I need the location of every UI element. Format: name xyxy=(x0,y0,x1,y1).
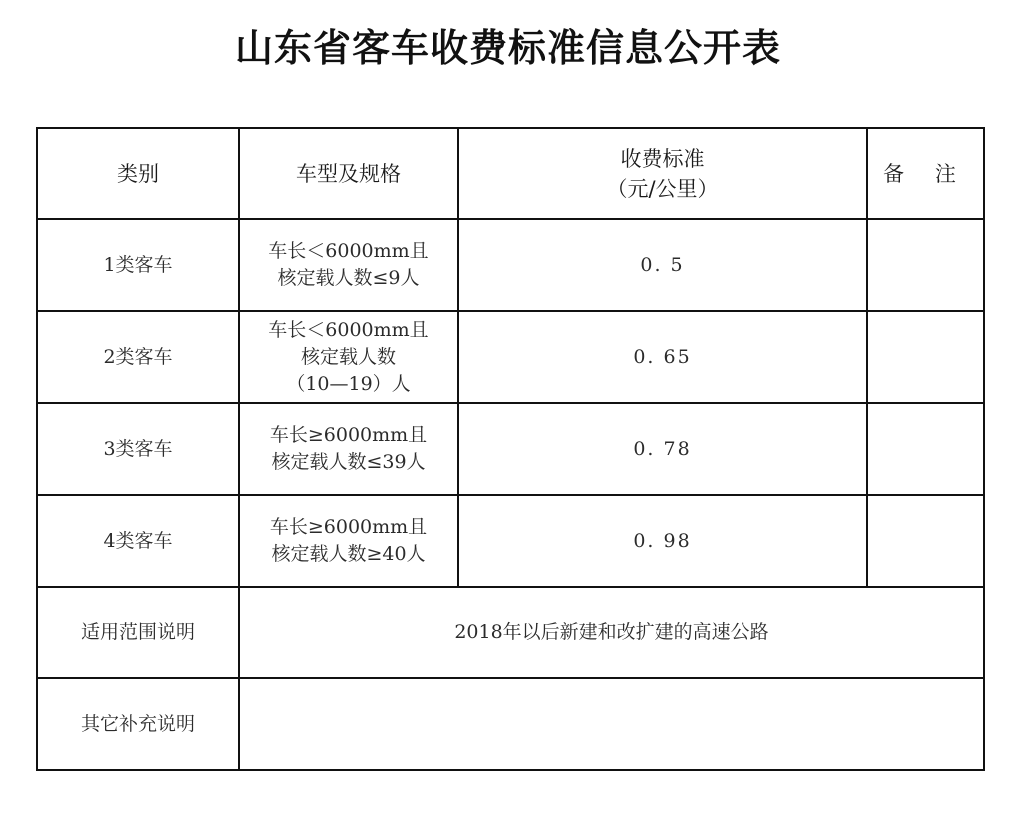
spec-line: 核定载人数≤39人 xyxy=(240,449,457,476)
table-row: 2类客车 车长＜6000mm且 核定载人数 （10—19）人 0. 65 xyxy=(37,311,984,403)
scope-row: 适用范围说明 2018年以后新建和改扩建的高速公路 xyxy=(37,587,984,678)
category-cell: 4类客车 xyxy=(37,495,239,587)
scope-value: 2018年以后新建和改扩建的高速公路 xyxy=(239,587,984,678)
category-cell: 3类客车 xyxy=(37,403,239,495)
fee-standard-table: 类别 车型及规格 收费标准 （元/公里） 备 注 1类客车 车长＜6000mm且… xyxy=(36,127,985,771)
note-cell xyxy=(867,219,984,311)
spec-line: （10—19）人 xyxy=(240,371,457,398)
header-fee: 收费标准 （元/公里） xyxy=(458,128,867,219)
header-note: 备 注 xyxy=(867,128,984,219)
category-cell: 1类客车 xyxy=(37,219,239,311)
scope-label: 适用范围说明 xyxy=(37,587,239,678)
other-notes-value xyxy=(239,678,984,770)
table-row: 1类客车 车长＜6000mm且 核定载人数≤9人 0. 5 xyxy=(37,219,984,311)
header-fee-unit: （元/公里） xyxy=(459,174,866,204)
table-header-row: 类别 车型及规格 收费标准 （元/公里） 备 注 xyxy=(37,128,984,219)
spec-line: 车长≥6000mm且 xyxy=(240,422,457,449)
header-spec: 车型及规格 xyxy=(239,128,458,219)
spec-cell: 车长＜6000mm且 核定载人数≤9人 xyxy=(239,219,458,311)
spec-cell: 车长≥6000mm且 核定载人数≥40人 xyxy=(239,495,458,587)
other-notes-row: 其它补充说明 xyxy=(37,678,984,770)
spec-line: 车长≥6000mm且 xyxy=(240,514,457,541)
table-row: 3类客车 车长≥6000mm且 核定载人数≤39人 0. 78 xyxy=(37,403,984,495)
fee-cell: 0. 65 xyxy=(458,311,867,403)
table-row: 4类客车 车长≥6000mm且 核定载人数≥40人 0. 98 xyxy=(37,495,984,587)
note-cell xyxy=(867,311,984,403)
header-fee-title: 收费标准 xyxy=(459,144,866,174)
spec-cell: 车长＜6000mm且 核定载人数 （10—19）人 xyxy=(239,311,458,403)
category-cell: 2类客车 xyxy=(37,311,239,403)
note-cell xyxy=(867,403,984,495)
spec-line: 核定载人数≥40人 xyxy=(240,541,457,568)
spec-line: 车长＜6000mm且 xyxy=(240,238,457,265)
fee-cell: 0. 5 xyxy=(458,219,867,311)
spec-cell: 车长≥6000mm且 核定载人数≤39人 xyxy=(239,403,458,495)
spec-line: 核定载人数≤9人 xyxy=(240,265,457,292)
spec-line: 车长＜6000mm且 xyxy=(240,317,457,344)
note-cell xyxy=(867,495,984,587)
fee-cell: 0. 78 xyxy=(458,403,867,495)
page-title: 山东省客车收费标准信息公开表 xyxy=(0,22,1016,74)
header-category: 类别 xyxy=(37,128,239,219)
spec-line: 核定载人数 xyxy=(240,344,457,371)
fee-cell: 0. 98 xyxy=(458,495,867,587)
other-notes-label: 其它补充说明 xyxy=(37,678,239,770)
